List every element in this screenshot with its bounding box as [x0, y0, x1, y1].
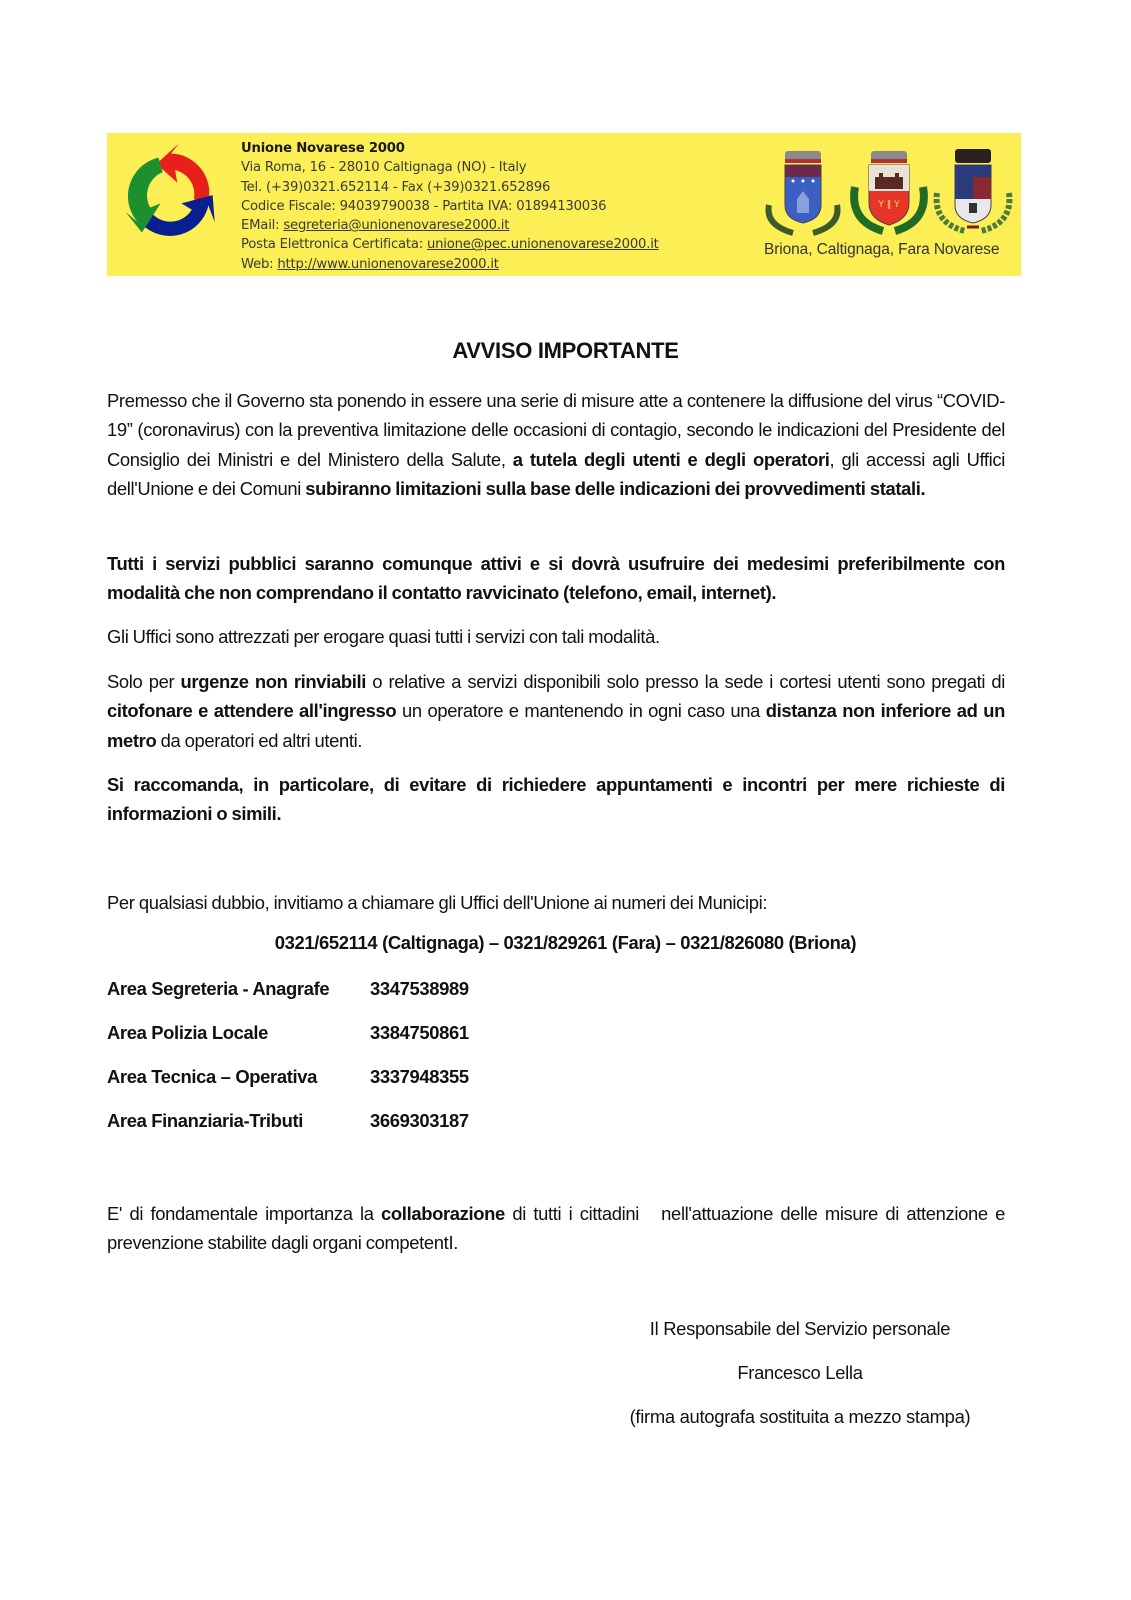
- paragraph-premise: Premesso che il Governo sta ponendo in e…: [107, 386, 1005, 504]
- text-segment: da operatori ed altri utenti.: [156, 730, 362, 751]
- municipalities-label: Briona, Caltignaga, Fara Novarese: [764, 241, 999, 259]
- email-label: EMail:: [241, 218, 283, 233]
- paragraph-urgencies: Solo per urgenze non rinviabili o relati…: [107, 667, 1005, 755]
- org-name: Unione Novarese 2000: [241, 139, 659, 158]
- area-phone: 3347538989: [370, 978, 469, 999]
- paragraph-services-active: Tutti i servizi pubblici saranno comunqu…: [107, 549, 1005, 608]
- area-name: Area Segreteria - Anagrafe: [107, 978, 370, 1000]
- org-address: Via Roma, 16 - 28010 Caltignaga (NO) - I…: [241, 158, 659, 177]
- area-name: Area Tecnica – Operativa: [107, 1066, 370, 1088]
- area-phone: 3384750861: [370, 1022, 469, 1043]
- municipal-phone-numbers: 0321/652114 (Caltignaga) – 0321/829261 (…: [0, 932, 1131, 954]
- municipal-crests: Y ‖ Y: [763, 147, 1013, 237]
- bold-segment: urgenze non rinviabili: [181, 671, 366, 692]
- web-label: Web:: [241, 257, 277, 272]
- text-segment: un operatore e mantenendo in ogni caso u…: [396, 700, 765, 721]
- contact-intro: Per qualsiasi dubbio, invitiamo a chiama…: [107, 888, 1005, 917]
- bold-segment: citofonare e attendere all'ingresso: [107, 700, 396, 721]
- signature-name: Francesco Lella: [600, 1362, 1000, 1384]
- area-name: Area Polizia Locale: [107, 1022, 370, 1044]
- paragraph-offices-equipped: Gli Uffici sono attrezzati per erogare q…: [107, 622, 1005, 651]
- org-web-line: Web: http://www.unionenovarese2000.it: [241, 255, 659, 274]
- area-phone: 3337948355: [370, 1066, 469, 1087]
- area-contact-row: Area Tecnica – Operativa3337948355: [107, 1066, 469, 1088]
- area-name: Area Finanziaria-Tributi: [107, 1110, 370, 1132]
- pec-label: Posta Elettronica Certificata:: [241, 237, 427, 252]
- org-pec-line: Posta Elettronica Certificata: unione@pe…: [241, 235, 659, 254]
- text-segment: Solo per: [107, 671, 181, 692]
- area-contact-row: Area Finanziaria-Tributi3669303187: [107, 1110, 469, 1132]
- text-segment: o relative a servizi disponibili solo pr…: [366, 671, 1005, 692]
- text-segment: E' di fondamentale importanza la: [107, 1203, 381, 1224]
- org-tax-info: Codice Fiscale: 94039790038 - Partita IV…: [241, 197, 659, 216]
- bold-segment: a tutela degli utenti e degli operatori: [513, 449, 830, 470]
- signature-note: (firma autografa sostituita a mezzo stam…: [600, 1406, 1000, 1428]
- area-phone: 3669303187: [370, 1110, 469, 1131]
- recycle-arrows-icon: [119, 141, 223, 245]
- pec-link[interactable]: unione@pec.unionenovarese2000.it: [427, 237, 659, 252]
- paragraph-recommendation: Si raccomanda, in particolare, di evitar…: [107, 770, 1005, 829]
- organization-info: Unione Novarese 2000 Via Roma, 16 - 2801…: [241, 139, 659, 274]
- email-link[interactable]: segreteria@unionenovarese2000.it: [283, 218, 509, 233]
- area-contact-row: Area Segreteria - Anagrafe3347538989: [107, 978, 469, 1000]
- bold-segment: collaborazione: [381, 1203, 505, 1224]
- web-link[interactable]: http://www.unionenovarese2000.it: [277, 257, 498, 272]
- bold-segment: subiranno limitazioni sulla base delle i…: [305, 478, 925, 499]
- svg-text:Y ‖ Y: Y ‖ Y: [877, 200, 900, 210]
- signature-role: Il Responsabile del Servizio personale: [600, 1318, 1000, 1340]
- org-email-line: EMail: segreteria@unionenovarese2000.it: [241, 216, 659, 235]
- notice-title: AVVISO IMPORTANTE: [0, 338, 1131, 364]
- briona-crest-icon: [763, 147, 843, 237]
- area-contact-row: Area Polizia Locale3384750861: [107, 1022, 469, 1044]
- caltignaga-crest-icon: Y ‖ Y: [849, 147, 929, 237]
- letterhead-banner: Unione Novarese 2000 Via Roma, 16 - 2801…: [107, 133, 1021, 276]
- fara-novarese-crest-icon: [933, 147, 1013, 237]
- paragraph-closing: E' di fondamentale importanza la collabo…: [107, 1199, 1005, 1258]
- org-phone-fax: Tel. (+39)0321.652114 - Fax (+39)0321.65…: [241, 178, 659, 197]
